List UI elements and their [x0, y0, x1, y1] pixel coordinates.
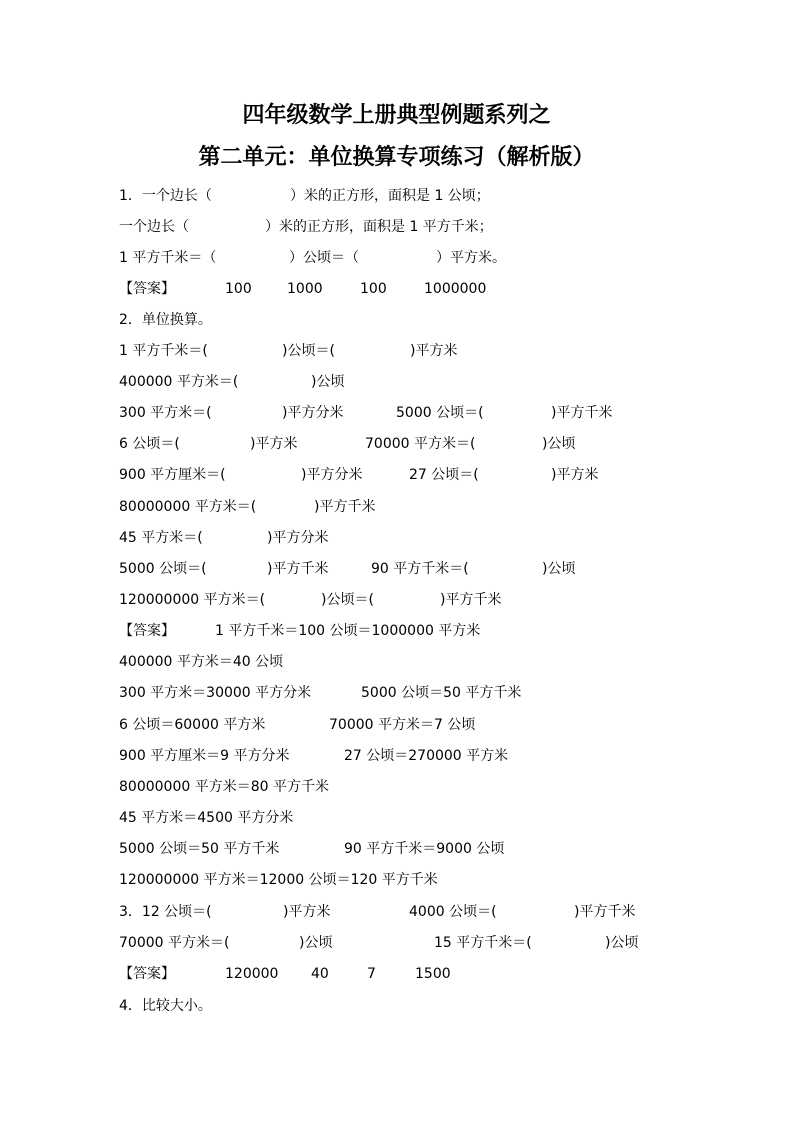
- text-segment: 6 公顷＝60000 平方米: [119, 716, 265, 734]
- text-segment: 900 平方厘米＝9 平方分米: [119, 747, 290, 765]
- text-segment: 27 公顷＝(: [409, 466, 479, 484]
- text-segment: ）公顷＝（: [289, 249, 359, 267]
- text-segment: 1000000: [424, 280, 486, 298]
- text-segment: )平方千米: [574, 903, 635, 921]
- text-segment: 400000 平方米＝(: [119, 373, 238, 391]
- text-segment: 100: [360, 280, 387, 298]
- text-segment: 2．单位换算。: [119, 311, 212, 329]
- text-segment: )公顷: [299, 934, 332, 952]
- document-subtitle: 第二单元：单位换算专项练习（解析版）: [0, 145, 793, 171]
- text-segment: ）米的正方形，面积是 1 平方千米；: [265, 218, 493, 236]
- text-segment: 一个边长（: [119, 218, 189, 236]
- text-segment: 7: [367, 965, 376, 983]
- text-segment: 15 平方千米＝(: [434, 934, 532, 952]
- text-segment: 80000000 平方米＝(: [119, 498, 256, 516]
- text-segment: 120000: [225, 965, 278, 983]
- text-segment: 300 平方米＝(: [119, 404, 212, 422]
- text-segment: )公顷: [605, 934, 638, 952]
- text-segment: 70000 平方米＝(: [365, 435, 475, 453]
- text-segment: 1．一个边长（: [119, 187, 212, 205]
- answer-label: 【答案】: [119, 965, 175, 983]
- text-segment: 300 平方米＝30000 平方分米: [119, 684, 311, 702]
- text-segment: 90 平方千米＝9000 公顷: [344, 840, 504, 858]
- answer-label: 【答案】: [119, 280, 175, 298]
- text-segment: 5000 公顷＝(: [396, 404, 484, 422]
- text-segment: 120000000 平方米＝(: [119, 591, 265, 609]
- text-segment: 1 平方千米＝(: [119, 342, 208, 360]
- text-segment: 6 公顷＝(: [119, 435, 180, 453]
- text-segment: )平方分米: [301, 466, 362, 484]
- text-segment: )平方分米: [267, 529, 328, 547]
- text-segment: 400000 平方米＝40 公顷: [119, 653, 283, 671]
- text-segment: 1 平方千米＝（: [119, 249, 216, 267]
- text-segment: 70000 平方米＝(: [119, 934, 229, 952]
- text-segment: 4．比较大小。: [119, 997, 212, 1015]
- text-segment: 100: [225, 280, 252, 298]
- text-segment: 4000 公顷＝(: [409, 903, 497, 921]
- text-segment: )公顷＝(: [321, 591, 374, 609]
- text-segment: 27 公顷＝270000 平方米: [344, 747, 508, 765]
- text-segment: 3．12 公顷＝(: [119, 903, 212, 921]
- text-segment: 120000000 平方米＝12000 公顷＝120 平方千米: [119, 871, 438, 889]
- text-segment: 70000 平方米＝7 公顷: [329, 716, 475, 734]
- document-title: 四年级数学上册典型例题系列之: [0, 103, 793, 129]
- text-segment: 40: [311, 965, 329, 983]
- text-segment: 45 平方米＝4500 平方分米: [119, 809, 293, 827]
- text-segment: )平方米: [551, 466, 598, 484]
- text-segment: )平方米: [283, 903, 330, 921]
- text-segment: 1500: [415, 965, 451, 983]
- text-segment: ）米的正方形，面积是 1 公顷；: [290, 187, 490, 205]
- text-segment: )平方千米: [314, 498, 375, 516]
- answer-label: 【答案】: [119, 622, 175, 640]
- text-segment: 1 平方千米＝100 公顷＝1000000 平方米: [215, 622, 480, 640]
- text-segment: 5000 公顷＝(: [119, 560, 207, 578]
- text-segment: )平方千米: [551, 404, 612, 422]
- text-segment: )平方米: [250, 435, 297, 453]
- text-segment: 5000 公顷＝50 平方千米: [361, 684, 521, 702]
- text-segment: )公顷＝(: [282, 342, 335, 360]
- text-segment: )公顷: [542, 435, 575, 453]
- text-segment: 5000 公顷＝50 平方千米: [119, 840, 279, 858]
- text-segment: )公顷: [311, 373, 344, 391]
- text-segment: 90 平方千米＝(: [371, 560, 469, 578]
- text-segment: )平方千米: [440, 591, 501, 609]
- text-segment: 80000000 平方米＝80 平方千米: [119, 778, 329, 796]
- text-segment: )平方千米: [267, 560, 328, 578]
- text-segment: 1000: [287, 280, 323, 298]
- text-segment: 45 平方米＝(: [119, 529, 203, 547]
- text-segment: 900 平方厘米＝(: [119, 466, 226, 484]
- text-segment: ）平方米。: [436, 249, 506, 267]
- text-segment: )公顷: [542, 560, 575, 578]
- text-segment: )平方分米: [282, 404, 343, 422]
- text-segment: )平方米: [410, 342, 457, 360]
